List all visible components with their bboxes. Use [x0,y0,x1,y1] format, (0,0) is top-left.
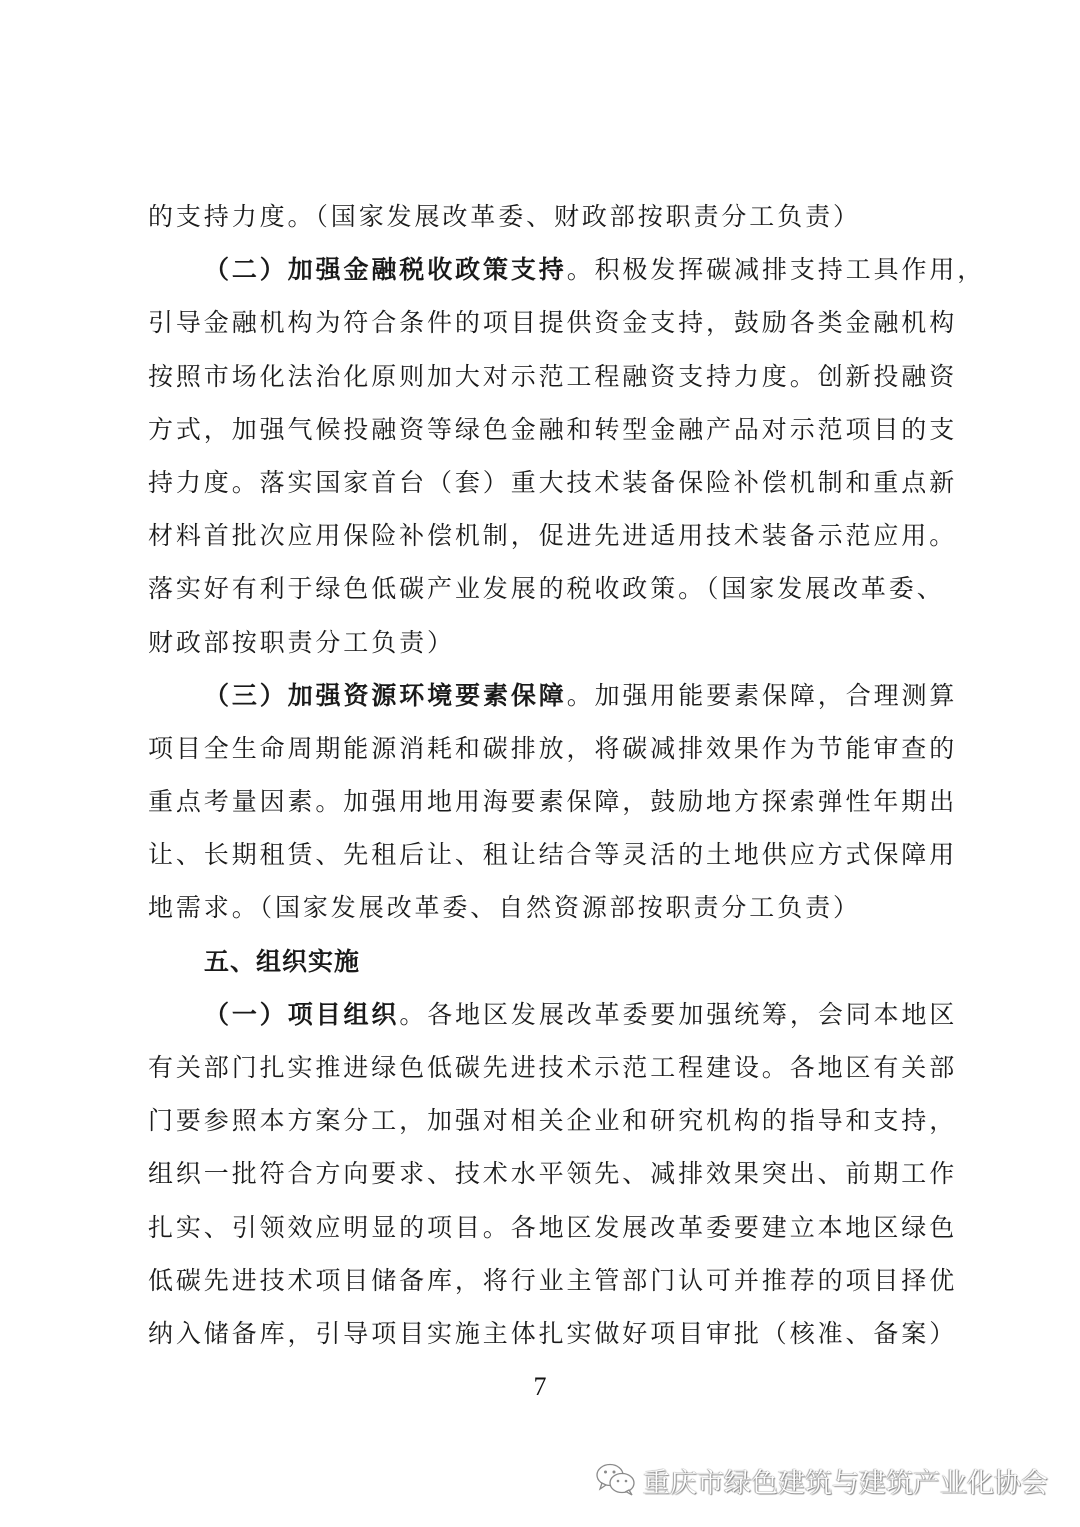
text-line: 落实好有利于绿色低碳产业发展的税收政策。（国家发展改革委、 [148,562,934,615]
line-text: 材料首批次应用保险补偿机制，促进先进适用技术装备示范应用。 [148,521,957,550]
line-text: 项目全生命周期能源消耗和碳排放，将碳减排效果作为节能审查的 [148,734,957,763]
text-line: 有关部门扎实推进绿色低碳先进技术示范工程建设。各地区有关部 [148,1041,934,1094]
line-text: 门要参照本方案分工，加强对相关企业和研究机构的指导和支持， [148,1106,957,1135]
subsection-title: （二）加强金融税收政策支持 [204,255,567,284]
text-line: 组织一批符合方向要求、技术水平领先、减排效果突出、前期工作 [148,1147,934,1200]
document-body: 的支持力度。（国家发展改革委、财政部按职责分工负责） （二）加强金融税收政策支持… [148,190,934,1360]
text-line: 项目全生命周期能源消耗和碳排放，将碳减排效果作为节能审查的 [148,722,934,775]
subsection-3-line: （三）加强资源环境要素保障。加强用能要素保障，合理测算 [148,669,934,722]
text-line: 按照市场化法治化原则加大对示范工程融资支持力度。创新投融资 [148,350,934,403]
line-text: 扎实、引领效应明显的项目。各地区发展改革委要建立本地区绿色 [148,1213,957,1242]
watermark-text: 重庆市绿色建筑与建筑产业化协会 [643,1461,1048,1500]
text-line: 纳入储备库，引导项目实施主体扎实做好项目审批（核准、备案） [148,1307,934,1360]
section-heading-line: 五、组织实施 [148,935,934,988]
subsection-1-line: （一）项目组织。各地区发展改革委要加强统筹，会同本地区 [148,988,934,1041]
document-page: 的支持力度。（国家发展改革委、财政部按职责分工负责） （二）加强金融税收政策支持… [0,0,1080,1527]
section-heading: 五、组织实施 [204,947,360,976]
line-text: 组织一批符合方向要求、技术水平领先、减排效果突出、前期工作 [148,1159,957,1188]
text-line: 材料首批次应用保险补偿机制，促进先进适用技术装备示范应用。 [148,509,934,562]
line-text: 的支持力度。（国家发展改革委、财政部按职责分工负责） [148,202,861,231]
line-text: 持力度。落实国家首台（套）重大技术装备保险补偿机制和重点新 [148,468,957,497]
text-line: 的支持力度。（国家发展改革委、财政部按职责分工负责） [148,190,934,243]
text-line: 重点考量因素。加强用地用海要素保障，鼓励地方探索弹性年期出 [148,775,934,828]
line-text: 引导金融机构为符合条件的项目提供资金支持，鼓励各类金融机构 [148,308,957,337]
line-text: 重点考量因素。加强用地用海要素保障，鼓励地方探索弹性年期出 [148,787,957,816]
line-text: 。加强用能要素保障，合理测算 [567,681,958,710]
line-text: 让、长期租赁、先租后让、租让结合等灵活的土地供应方式保障用 [148,840,957,869]
text-line: 持力度。落实国家首台（套）重大技术装备保险补偿机制和重点新 [148,456,934,509]
text-line: 扎实、引领效应明显的项目。各地区发展改革委要建立本地区绿色 [148,1201,934,1254]
text-line: 引导金融机构为符合条件的项目提供资金支持，鼓励各类金融机构 [148,296,934,349]
line-text: 财政部按职责分工负责） [148,628,455,657]
text-line: 财政部按职责分工负责） [148,616,934,669]
line-text: 地需求。（国家发展改革委、自然资源部按职责分工负责） [148,893,861,922]
line-text: 落实好有利于绿色低碳产业发展的税收政策。（国家发展改革委、 [148,574,945,603]
text-line: 地需求。（国家发展改革委、自然资源部按职责分工负责） [148,881,934,934]
text-line: 低碳先进技术项目储备库，将行业主管部门认可并推荐的项目择优 [148,1254,934,1307]
watermark: 重庆市绿色建筑与建筑产业化协会 [595,1458,1048,1502]
subsection-title: （三）加强资源环境要素保障 [204,681,567,710]
text-line: 门要参照本方案分工，加强对相关企业和研究机构的指导和支持， [148,1094,934,1147]
line-text: 。积极发挥碳减排支持工具作用， [567,255,986,284]
line-text: 低碳先进技术项目储备库，将行业主管部门认可并推荐的项目择优 [148,1266,957,1295]
text-line: 方式，加强气候投融资等绿色金融和转型金融产品对示范项目的支 [148,403,934,456]
subsection-2-line: （二）加强金融税收政策支持。积极发挥碳减排支持工具作用， [148,243,934,296]
line-text: 有关部门扎实推进绿色低碳先进技术示范工程建设。各地区有关部 [148,1053,957,1082]
line-text: 。各地区发展改革委要加强统筹，会同本地区 [399,1000,957,1029]
text-line: 让、长期租赁、先租后让、租让结合等灵活的土地供应方式保障用 [148,828,934,881]
line-text: 按照市场化法治化原则加大对示范工程融资支持力度。创新投融资 [148,362,957,391]
line-text: 方式，加强气候投融资等绿色金融和转型金融产品对示范项目的支 [148,415,957,444]
wechat-icon [595,1461,637,1499]
line-text: 纳入储备库，引导项目实施主体扎实做好项目审批（核准、备案） [148,1319,957,1348]
subsection-title: （一）项目组织 [204,1000,399,1029]
page-number: 7 [0,1372,1080,1402]
